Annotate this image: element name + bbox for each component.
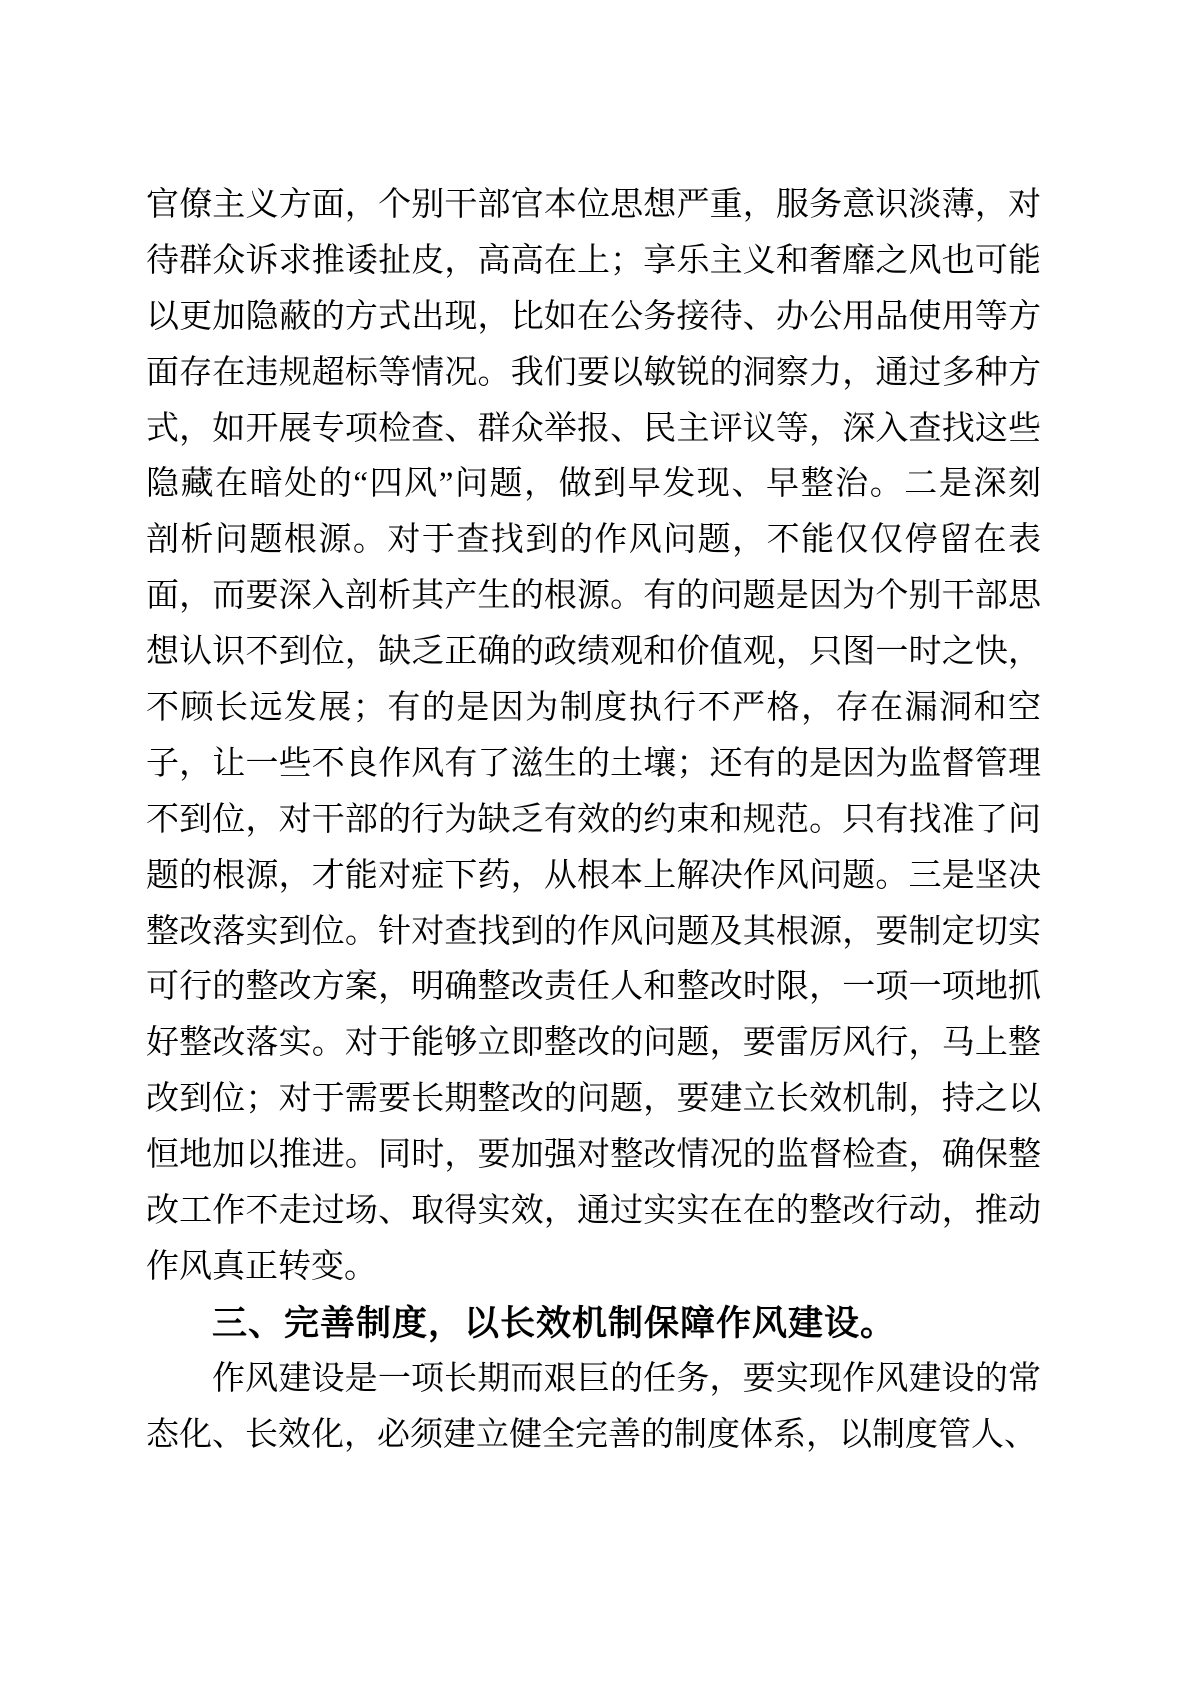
paragraph-block-1: 官僚主义方面，个别干部官本位思想严重，服务意识淡薄，对待群众诉求推诿扯皮，高高在… — [146, 178, 1041, 1296]
text-line: 式，如开展专项检查、群众举报、民主评议等，深入查找这些 — [146, 402, 1041, 458]
text-line: 待群众诉求推诿扯皮，高高在上；享乐主义和奢靡之风也可能 — [146, 234, 1041, 290]
paragraph-block-2: 作风建设是一项长期而艰巨的任务，要实现作风建设的常态化、长效化，必须建立健全完善… — [146, 1352, 1041, 1464]
text-line: 作风真正转变。 — [146, 1240, 1041, 1296]
text-line: 剖析问题根源。对于查找到的作风问题，不能仅仅停留在表 — [146, 513, 1041, 569]
text-line: 以更加隐蔽的方式出现，比如在公务接待、办公用品使用等方 — [146, 290, 1041, 346]
document-content: 官僚主义方面，个别干部官本位思想严重，服务意识淡薄，对待群众诉求推诿扯皮，高高在… — [146, 178, 1041, 1463]
text-line: 恒地加以推进。同时，要加强对整改情况的监督检查，确保整 — [146, 1128, 1041, 1184]
text-line: 改到位；对于需要长期整改的问题，要建立长效机制，持之以 — [146, 1072, 1041, 1128]
text-line: 不到位，对干部的行为缺乏有效的约束和规范。只有找准了问 — [146, 793, 1041, 849]
text-line: 整改落实到位。针对查找到的作风问题及其根源，要制定切实 — [146, 905, 1041, 961]
text-line: 可行的整改方案，明确整改责任人和整改时限，一项一项地抓 — [146, 960, 1041, 1016]
text-line: 想认识不到位，缺乏正确的政绩观和价值观，只图一时之快， — [146, 625, 1041, 681]
text-line: 官僚主义方面，个别干部官本位思想严重，服务意识淡薄，对 — [146, 178, 1041, 234]
text-line: 作风建设是一项长期而艰巨的任务，要实现作风建设的常 — [146, 1352, 1041, 1408]
text-line: 改工作不走过场、取得实效，通过实实在在的整改行动，推动 — [146, 1184, 1041, 1240]
text-line: 题的根源，才能对症下药，从根本上解决作风问题。三是坚决 — [146, 849, 1041, 905]
text-line: 好整改落实。对于能够立即整改的问题，要雷厉风行，马上整 — [146, 1016, 1041, 1072]
text-line: 子，让一些不良作风有了滋生的土壤；还有的是因为监督管理 — [146, 737, 1041, 793]
text-line: 态化、长效化，必须建立健全完善的制度体系，以制度管人、 — [146, 1408, 1041, 1464]
text-line: 面，而要深入剖析其产生的根源。有的问题是因为个别干部思 — [146, 569, 1041, 625]
document-page: 官僚主义方面，个别干部官本位思想严重，服务意识淡薄，对待群众诉求推诿扯皮，高高在… — [0, 0, 1190, 1683]
text-line: 面存在违规超标等情况。我们要以敏锐的洞察力，通过多种方 — [146, 346, 1041, 402]
text-line: 不顾长远发展；有的是因为制度执行不严格，存在漏洞和空 — [146, 681, 1041, 737]
section-heading: 三、完善制度，以长效机制保障作风建设。 — [146, 1296, 1041, 1352]
text-line: 隐藏在暗处的“四风”问题，做到早发现、早整治。二是深刻 — [146, 457, 1041, 513]
